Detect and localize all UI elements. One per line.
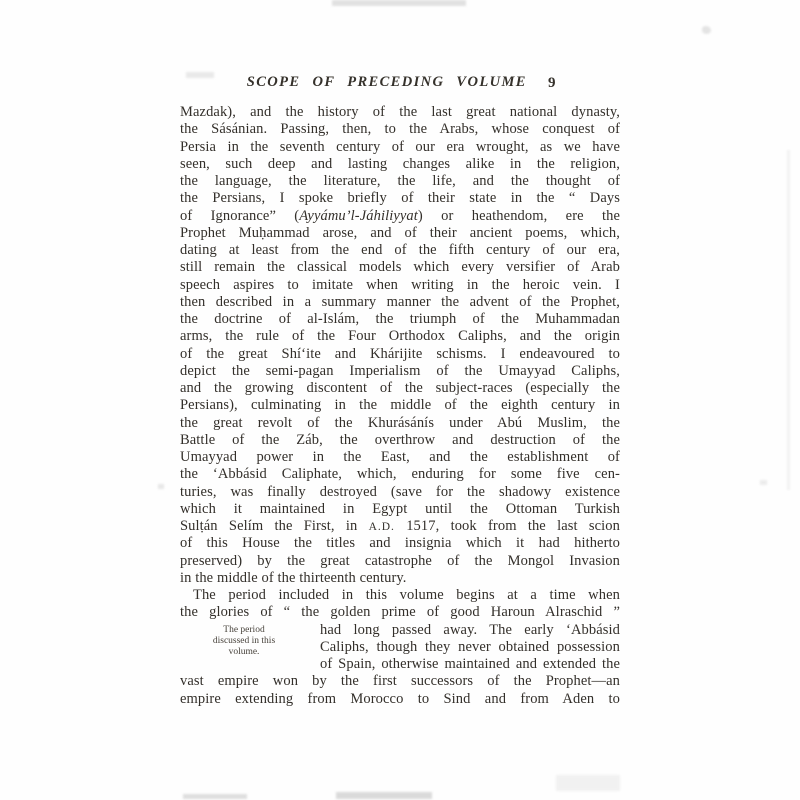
text-line: of Spain, otherwise maintained and exten…: [180, 656, 620, 673]
scan-artifact: [158, 484, 164, 489]
text-line: The period included in this volume begin…: [180, 587, 620, 604]
margin-note-line: discussed in this: [182, 636, 306, 647]
scan-artifact: [186, 72, 214, 78]
text-line: seen, such deep and lasting changes alik…: [180, 156, 620, 173]
text-line: still remain the classical models which …: [180, 259, 620, 276]
text-line: of the great Shí‘ite and Khárijite schis…: [180, 346, 620, 363]
text-line: Persians), culminating in the middle of …: [180, 397, 620, 414]
text-line: the glories of “ the golden prime of goo…: [180, 604, 620, 621]
scan-artifact: [556, 775, 620, 791]
text-line: arms, the rule of the Four Orthodox Cali…: [180, 328, 620, 345]
text-line: Mazdak), and the history of the last gre…: [180, 104, 620, 121]
text-line: in the middle of the thirteenth century.: [180, 570, 620, 587]
margin-note: The period discussed in this volume.: [182, 625, 306, 658]
paragraph-lines: Mazdak), and the history of the last gre…: [180, 104, 620, 708]
text-line: of Ignorance” (Ayyámu’l-Jáhiliyyat) or h…: [180, 208, 620, 225]
text-line: dating at least from the end of the fift…: [180, 242, 620, 259]
scan-artifact: [760, 480, 767, 485]
margin-note-line: The period: [182, 625, 306, 636]
text-line: Umayyad power in the East, and the estab…: [180, 449, 620, 466]
text-line: empire extending from Morocco to Sind an…: [180, 691, 620, 708]
text-line: Sulṭán Selím the First, in A.D. 1517, to…: [180, 518, 620, 535]
text-line: Battle of the Záb, the overthrow and des…: [180, 432, 620, 449]
text-line: which it maintained in Egypt until the O…: [180, 501, 620, 518]
text-line: the Sásánian. Passing, then, to the Arab…: [180, 121, 620, 138]
text-line: the doctrine of al-Islám, the triumph of…: [180, 311, 620, 328]
text-line: then described in a summary manner the a…: [180, 294, 620, 311]
running-header: SCOPE OF PRECEDING VOLUME 9: [180, 74, 620, 96]
page-title: SCOPE OF PRECEDING VOLUME: [247, 74, 527, 91]
book-page-scan: SCOPE OF PRECEDING VOLUME 9 Mazdak), and…: [0, 0, 800, 800]
text-line: of this House the titles and insignia wh…: [180, 535, 620, 552]
page-number: 9: [548, 75, 556, 92]
text-line: and the growing discontent of the subjec…: [180, 380, 620, 397]
scan-artifact: [183, 794, 247, 799]
text-line: the ‘Abbásid Caliphate, which, enduring …: [180, 466, 620, 483]
scan-artifact: [332, 0, 466, 6]
text-line: speech aspires to imitate when writing i…: [180, 277, 620, 294]
margin-note-line: volume.: [182, 647, 306, 658]
text-line: the language, the literature, the life, …: [180, 173, 620, 190]
text-line: vast empire won by the first successors …: [180, 673, 620, 690]
body-text-block: Mazdak), and the history of the last gre…: [180, 104, 620, 708]
text-line: Persia in the seventh century of our era…: [180, 139, 620, 156]
text-line: depict the semi-pagan Imperialism of the…: [180, 363, 620, 380]
text-line: the great revolt of the Khurásánís under…: [180, 415, 620, 432]
text-line: turies, was finally destroyed (save for …: [180, 484, 620, 501]
text-line: Prophet Muḥammad arose, and of their anc…: [180, 225, 620, 242]
scan-artifact: [336, 792, 432, 799]
scan-artifact: [787, 150, 790, 490]
text-line: the Persians, I spoke briefly of their s…: [180, 190, 620, 207]
text-line: preserved) by the great catastrophe of t…: [180, 553, 620, 570]
scan-artifact: [702, 26, 711, 34]
